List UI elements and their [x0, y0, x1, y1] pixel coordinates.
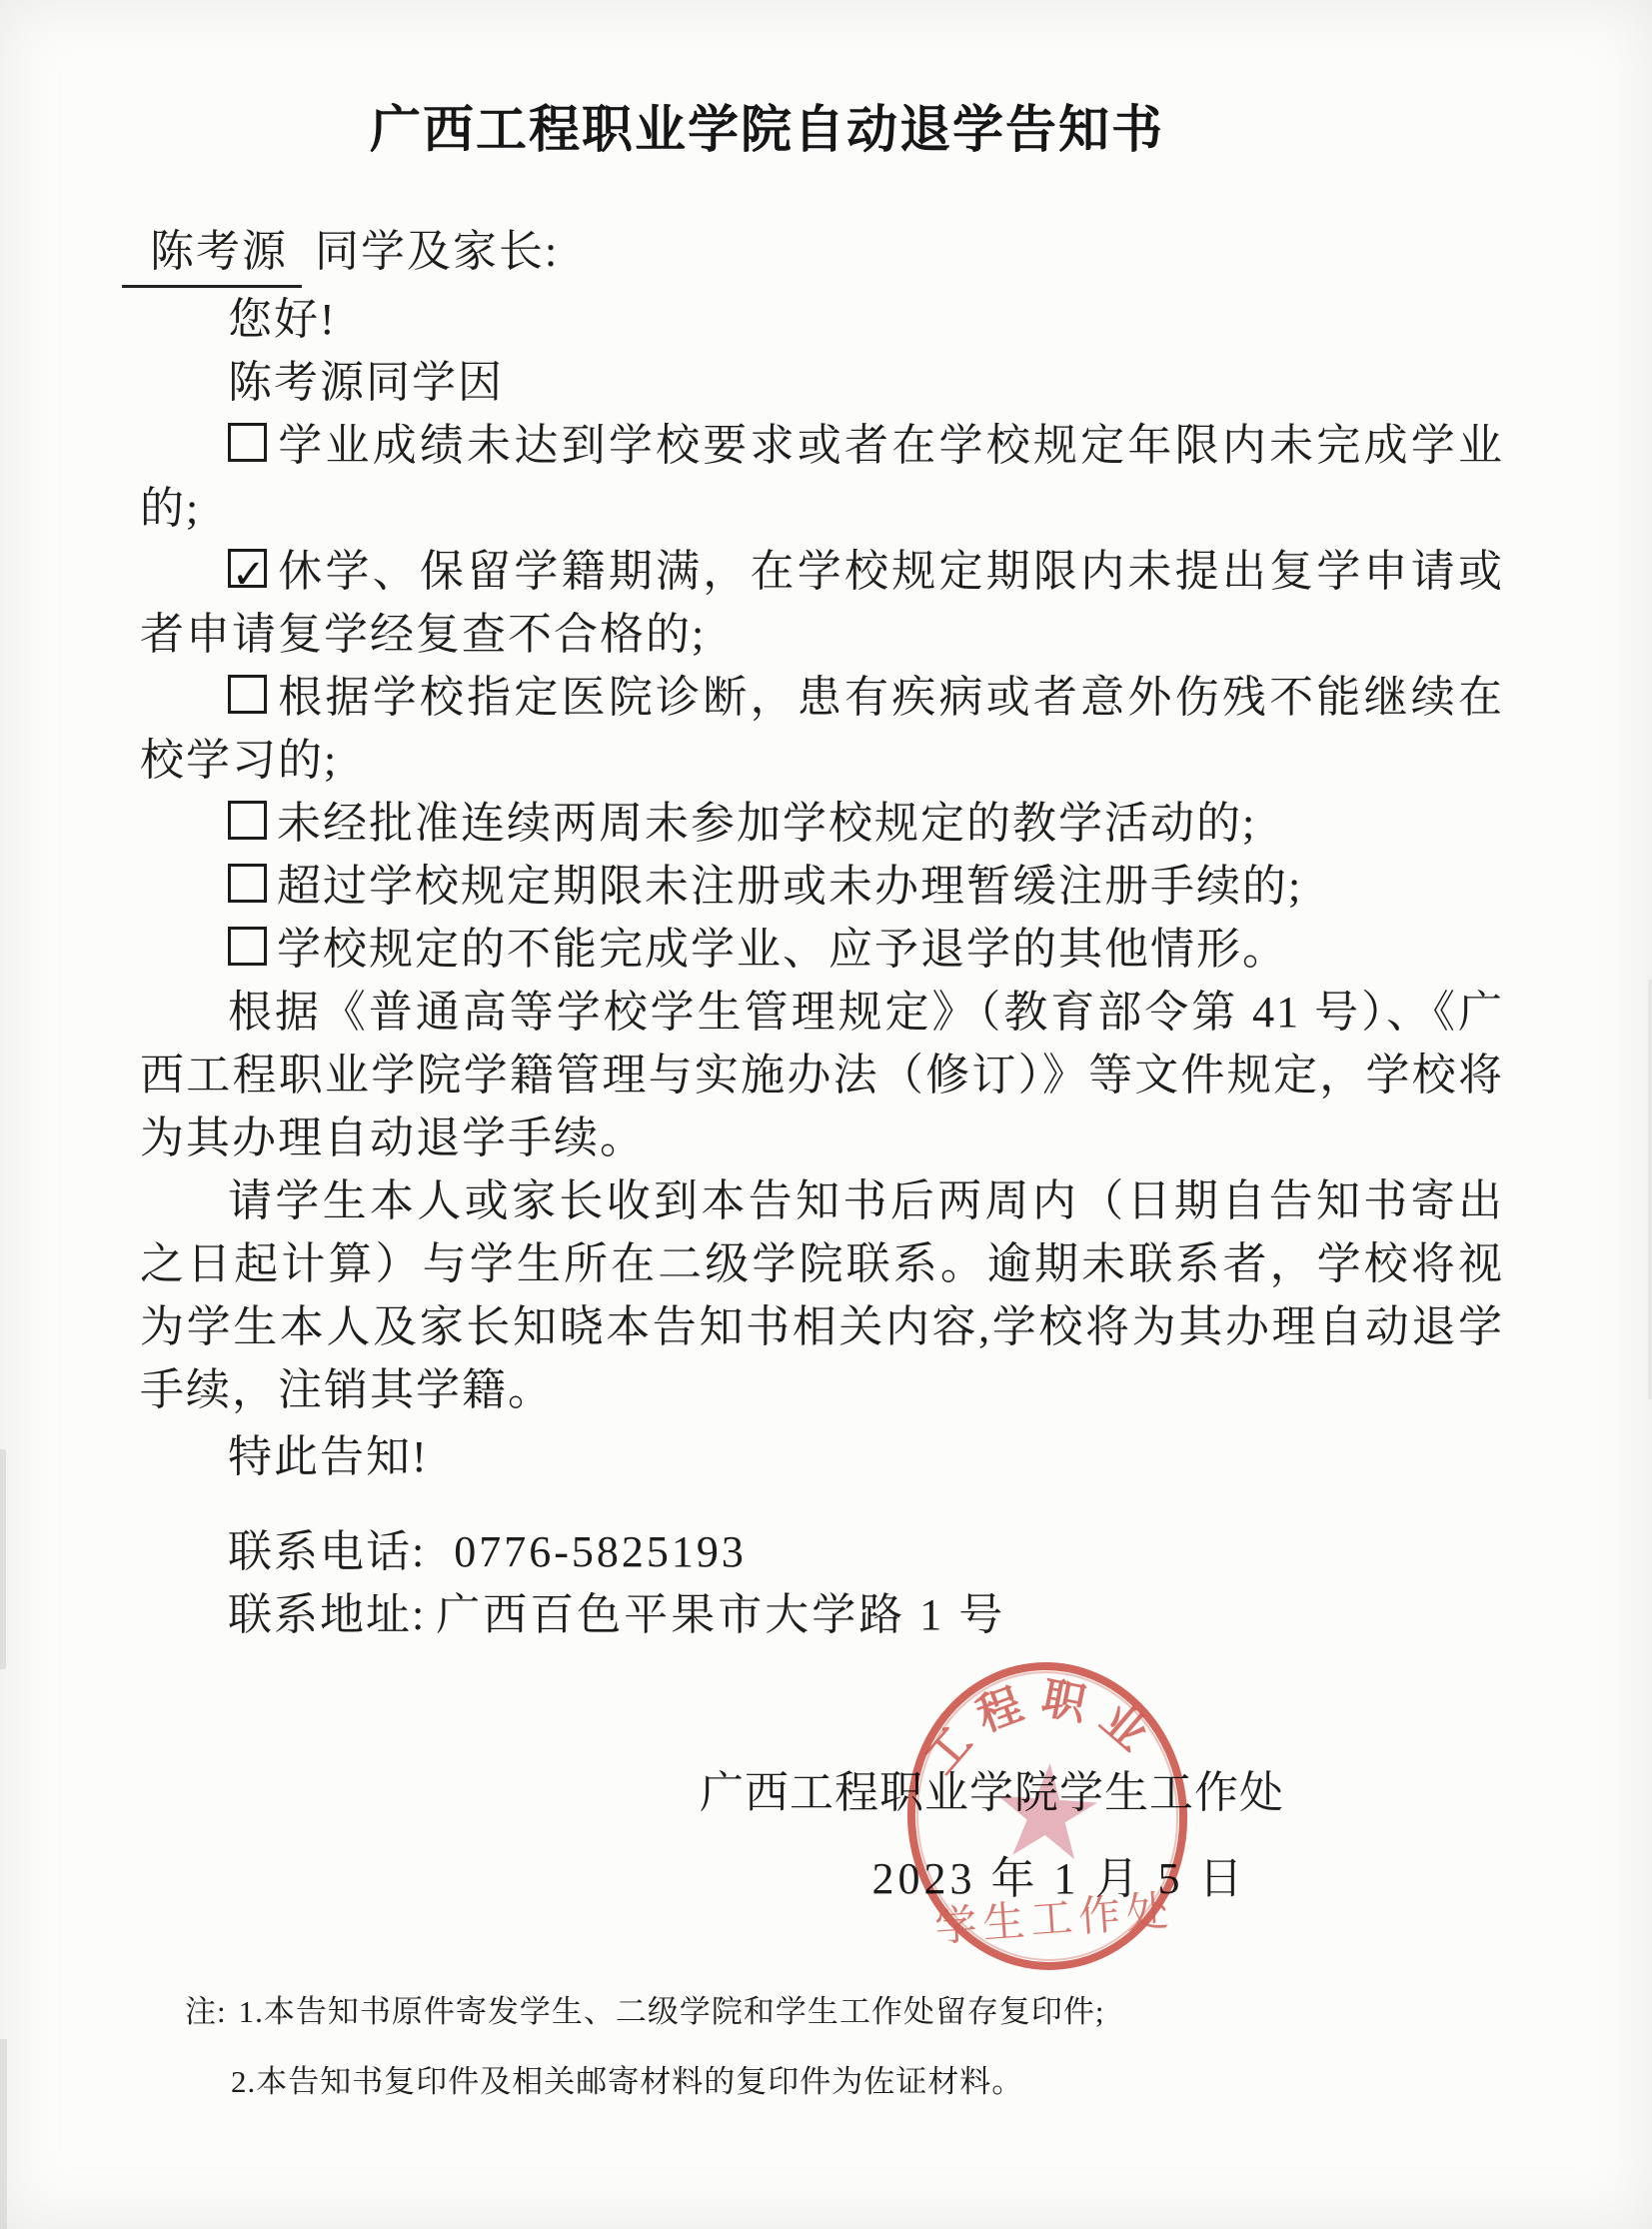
reason-item-text: 学校规定的不能完成学业、应予退学的其他情形。 [277, 925, 1288, 974]
scanned-notice-page: 广西工程职业学院自动退学告知书 陈考源 同学及家长: 您好! 陈考源同学因 学业… [0, 0, 1652, 2229]
contact-address-value: 广西百色平果市大学路 1 号 [436, 1590, 1005, 1639]
reason-item: 学业成绩未达到学校要求或者在学校规定年限内未完成学业的; [140, 414, 1504, 540]
salutation-suffix: 同学及家长: [315, 227, 559, 276]
scan-artifact [0, 1449, 6, 1669]
footnote-label: 注: [185, 1994, 227, 2029]
footnote-1: 注:1.本告知书原件寄发学生、二级学院和学生工作处留存复印件; [185, 1990, 1504, 2034]
closing-line: 特此告知! [140, 1425, 1504, 1488]
reason-item: 超过学校规定期限未注册或未办理暂缓注册手续的; [140, 855, 1504, 918]
signature-date: 2023 年 1 月 5 日 [770, 1842, 1349, 1906]
checkbox-icon [228, 675, 267, 714]
regulation-paragraph: 根据《普通高等学校学生管理规定》（教育部令第 41 号）、《广西工程职业学院学籍… [140, 981, 1504, 1169]
reason-item-text: 休学、保留学籍期满，在学校规定期限内未提出复学申请或者申请复学经复查不合格的; [140, 547, 1504, 659]
contact-phone-label: 联系电话: [228, 1527, 426, 1576]
reason-item-text: 超过学校规定期限未注册或未办理暂缓注册手续的; [277, 862, 1302, 911]
greeting-line: 您好! [140, 288, 1504, 351]
checkbox-checked-icon [228, 549, 267, 588]
checkbox-icon [228, 927, 267, 966]
scan-artifact [0, 2039, 7, 2229]
document-title: 广西工程职业学院自动退学告知书 [85, 0, 1449, 162]
instruction-paragraph: 请学生本人或家长收到本告知书后两周内（日期自告知书寄出之日起计算）与学生所在二级… [140, 1169, 1504, 1421]
contact-address-row: 联系地址:广西百色平果市大学路 1 号 [140, 1583, 1504, 1646]
reason-item: 未经批准连续两周未参加学校规定的教学活动的; [140, 792, 1504, 855]
reason-intro-line: 陈考源同学因 [140, 351, 1504, 414]
reason-item: 根据学校指定医院诊断，患有疾病或者意外伤残不能继续在校学习的; [140, 666, 1504, 792]
reason-item: 学校规定的不能完成学业、应予退学的其他情形。 [140, 918, 1504, 981]
contact-phone-value: 0776-5825193 [454, 1527, 747, 1576]
reason-item-text: 根据学校指定医院诊断，患有疾病或者意外伤残不能继续在校学习的; [140, 673, 1504, 785]
contact-phone-row: 联系电话:0776-5825193 [140, 1520, 1504, 1583]
footnote-2: 2.本告知书复印件及相关邮寄材料的复印件为佐证材料。 [231, 2060, 1504, 2104]
checkbox-icon [228, 423, 267, 462]
scan-artifact [1648, 980, 1652, 1399]
footnote-1-text: 1.本告知书原件寄发学生、二级学院和学生工作处留存复印件; [239, 1994, 1105, 2029]
salutation-line: 陈考源 同学及家长: [140, 220, 1504, 288]
reason-item: 休学、保留学籍期满，在学校规定期限内未提出复学申请或者申请复学经复查不合格的; [140, 540, 1504, 666]
signature-organization: 广西工程职业学院学生工作处 [700, 1756, 1279, 1820]
footnotes-block: 注:1.本告知书原件寄发学生、二级学院和学生工作处留存复印件; 2.本告知书复印… [185, 1990, 1504, 2104]
checkbox-icon [228, 801, 267, 840]
student-name-underlined: 陈考源 [122, 220, 302, 288]
contact-block: 联系电话:0776-5825193 联系地址:广西百色平果市大学路 1 号 [140, 1520, 1504, 1646]
contact-address-label: 联系地址: [228, 1590, 426, 1639]
reason-item-text: 学业成绩未达到学校要求或者在学校规定年限内未完成学业的; [140, 421, 1504, 533]
reason-item-text: 未经批准连续两周未参加学校规定的教学活动的; [277, 799, 1256, 848]
checkbox-icon [228, 864, 267, 903]
